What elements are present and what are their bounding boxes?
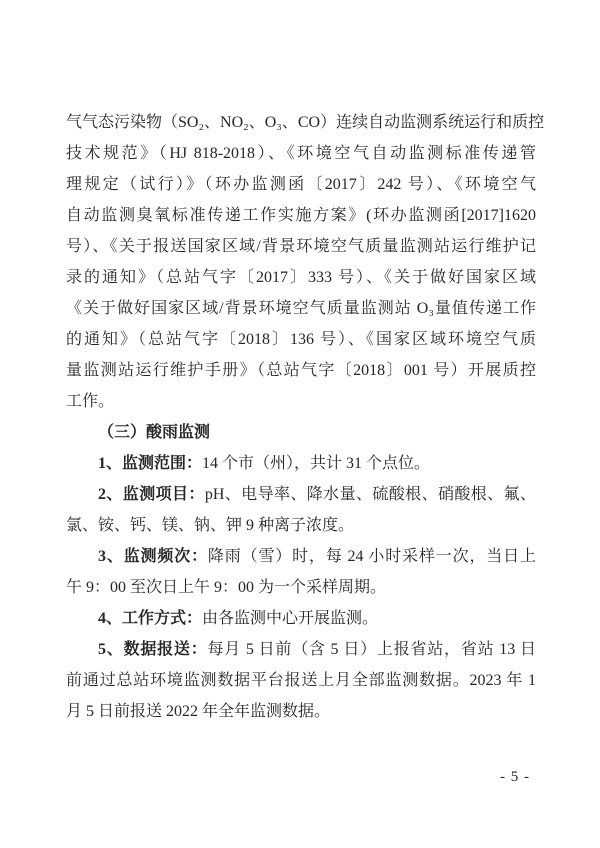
text-line: 前通过总站环境监测数据平台报送上月全部监测数据。2023 年 1: [66, 665, 536, 696]
bold-label: 5、数据报送：: [98, 641, 208, 658]
line-text: 自动监测臭氧标准传递工作实施方案》(环办监测函[2017]1620: [66, 207, 536, 224]
text-line: 午 9：00 至次日上午 9：00 为一个采样周期。: [66, 572, 536, 603]
text-line: 氯、铵、钙、镁、钠、钾 9 种离子浓度。: [66, 510, 536, 541]
text-line: 自动监测臭氧标准传递工作实施方案》(环办监测函[2017]1620: [66, 200, 536, 231]
text-line: 5、数据报送：每月 5 日前（含 5 日）上报省站，省站 13 日: [66, 634, 536, 665]
line-text: 14 个市（州），共计 31 个点位。: [202, 455, 430, 472]
bold-label: 3、监测频次：: [98, 548, 208, 565]
line-text: 月 5 日前报送 2022 年全年监测数据。: [66, 703, 330, 720]
line-text: 气气态污染物（SO₂、NO₂、O₃、CO）连续自动监测系统运行和质控: [66, 114, 544, 131]
bold-label: 1、监测范围：: [98, 455, 202, 472]
section-heading: （三）酸雨监测: [66, 417, 536, 448]
line-text: 《关于做好国家区域/背景环境空气质量监测站 O₃量值传递工作: [66, 300, 536, 317]
text-line: 1、监测范围：14 个市（州），共计 31 个点位。: [66, 448, 536, 479]
bold-label: 4、工作方式：: [98, 610, 202, 627]
text-line: 录的通知》（总站气字〔2017〕333 号）、《关于做好国家区域: [66, 262, 536, 293]
text-line: 工作。: [66, 386, 536, 417]
line-text: 量监测站运行维护手册》（总站气字〔2018〕001 号）开展质控: [66, 362, 536, 379]
line-text: 理规定（试行）》（环办监测函〔2017〕242 号）、《环境空气: [66, 176, 536, 193]
text-line: 气气态污染物（SO₂、NO₂、O₃、CO）连续自动监测系统运行和质控: [66, 107, 536, 138]
text-line: 《关于做好国家区域/背景环境空气质量监测站 O₃量值传递工作: [66, 293, 536, 324]
line-text: 午 9：00 至次日上午 9：00 为一个采样周期。: [66, 579, 386, 596]
document-body: 气气态污染物（SO₂、NO₂、O₃、CO）连续自动监测系统运行和质控技术规范》（…: [66, 107, 536, 727]
page-number: - 5 -: [500, 762, 530, 793]
line-text: pH、电导率、降水量、硫酸根、硝酸根、氟、: [205, 486, 536, 503]
line-text: 录的通知》（总站气字〔2017〕333 号）、《关于做好国家区域: [66, 269, 536, 286]
text-line: 的通知》（总站气字〔2018〕136 号）、《国家区域环境空气质: [66, 324, 536, 355]
text-line: 月 5 日前报送 2022 年全年监测数据。: [66, 696, 536, 727]
line-text: 每月 5 日前（含 5 日）上报省站，省站 13 日: [208, 641, 536, 658]
text-line: 2、监测项目：pH、电导率、降水量、硫酸根、硝酸根、氟、: [66, 479, 536, 510]
text-line: 量监测站运行维护手册》（总站气字〔2018〕001 号）开展质控: [66, 355, 536, 386]
text-line: 4、工作方式：由各监测中心开展监测。: [66, 603, 536, 634]
line-text: 的通知》（总站气字〔2018〕136 号）、《国家区域环境空气质: [66, 331, 536, 348]
document-page: 气气态污染物（SO₂、NO₂、O₃、CO）连续自动监测系统运行和质控技术规范》（…: [0, 0, 600, 848]
bold-label: 2、监测项目：: [98, 486, 205, 503]
text-line: 理规定（试行）》（环办监测函〔2017〕242 号）、《环境空气: [66, 169, 536, 200]
line-text: 号）、《关于报送国家区域/背景环境空气质量监测站运行维护记: [66, 238, 536, 255]
text-line: 号）、《关于报送国家区域/背景环境空气质量监测站运行维护记: [66, 231, 536, 262]
bold-label: （三）酸雨监测: [98, 424, 210, 441]
line-text: 工作。: [66, 393, 114, 410]
line-text: 氯、铵、钙、镁、钠、钾 9 种离子浓度。: [66, 517, 354, 534]
line-text: 前通过总站环境监测数据平台报送上月全部监测数据。2023 年 1: [66, 672, 536, 689]
line-text: 技术规范》（HJ 818-2018）、《环境空气自动监测标准传递管: [66, 145, 536, 162]
line-text: 由各监测中心开展监测。: [202, 610, 378, 627]
text-line: 技术规范》（HJ 818-2018）、《环境空气自动监测标准传递管: [66, 138, 536, 169]
text-line: 3、监测频次：降雨（雪）时，每 24 小时采样一次，当日上: [66, 541, 536, 572]
line-text: 降雨（雪）时，每 24 小时采样一次，当日上: [208, 548, 536, 565]
